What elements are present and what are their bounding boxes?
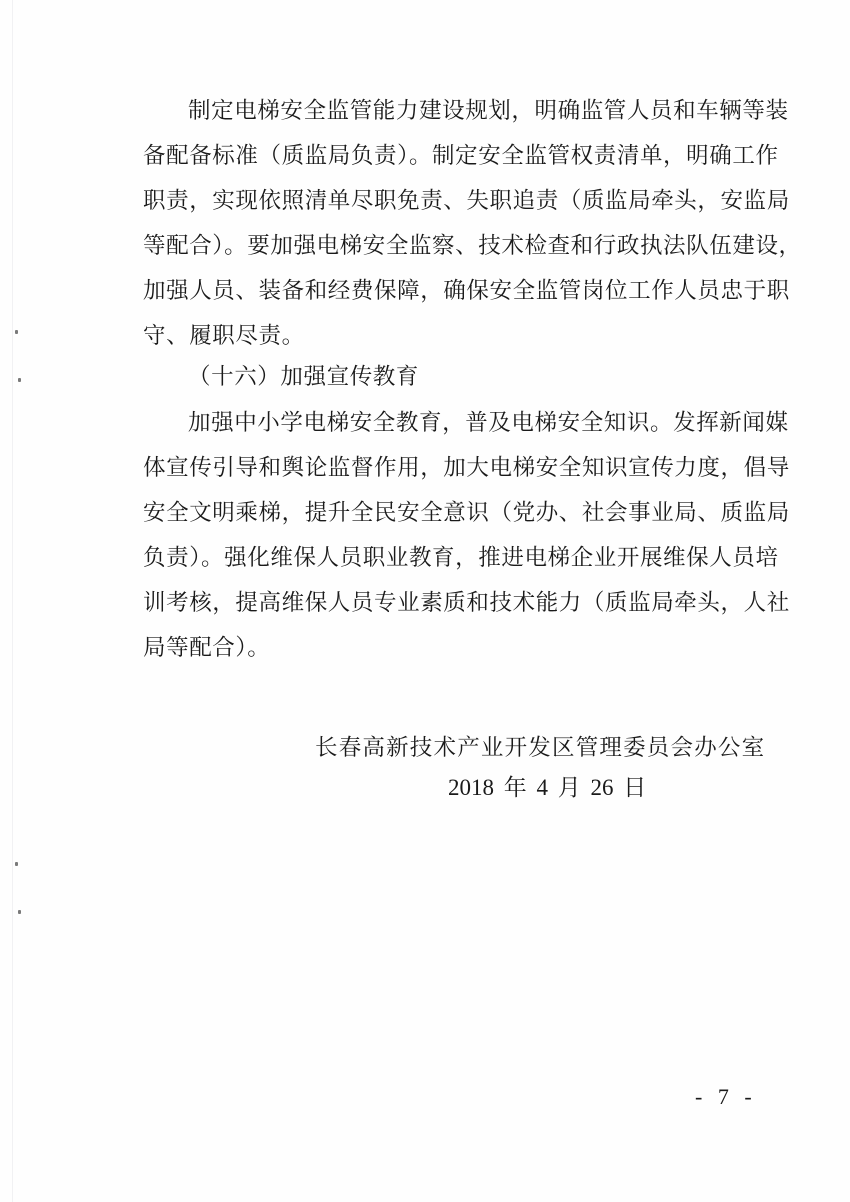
paragraph-line: 训考核，提高维保人员专业素质和技术能力（质监局牵头，人社 (143, 588, 790, 618)
paragraph-line: 安全文明乘梯，提升全民安全意识（党办、社会事业局、质监局 (143, 498, 790, 528)
scan-margin-line (12, 0, 13, 1202)
section-heading: （十六）加强宣传教育 (188, 362, 419, 392)
paragraph-line: 守、履职尽责。 (143, 321, 305, 351)
paragraph-line: 制定电梯安全监管能力建设规划，明确监管人员和车辆等装 (188, 96, 789, 126)
paragraph-line: 加强中小学电梯安全教育，普及电梯安全知识。发挥新闻媒 (188, 408, 789, 438)
paragraph-line: 职责，实现依照清单尽职免责、失职追责（质监局牵头，安监局 (143, 186, 790, 216)
scan-speck (18, 378, 21, 382)
paragraph-line: 负责）。强化维保人员职业教育，推进电梯企业开展维保人员培 (143, 543, 779, 573)
document-page: 制定电梯安全监管能力建设规划，明确监管人员和车辆等装 备配备标准（质监局负责）。… (0, 0, 850, 1202)
scan-speck (18, 910, 21, 914)
page-number: - 7 - (695, 1082, 757, 1112)
paragraph-line: 局等配合）。 (143, 633, 270, 663)
signature-organization: 长春高新技术产业开发区管理委员会办公室 (315, 733, 765, 763)
paragraph-line: 体宣传引导和舆论监督作用，加大电梯安全知识宣传力度，倡导 (143, 453, 790, 483)
paragraph-line: 加强人员、装备和经费保障，确保安全监管岗位工作人员忠于职 (143, 276, 790, 306)
scan-speck (15, 862, 18, 866)
scan-speck (15, 330, 18, 334)
paragraph-line: 备配备标准（质监局负责）。制定安全监管权责清单，明确工作 (143, 141, 779, 171)
paragraph-line: 等配合）。要加强电梯安全监察、技术检查和行政执法队伍建设， (143, 231, 802, 261)
signature-date: 2018 年 4 月 26 日 (448, 773, 646, 803)
